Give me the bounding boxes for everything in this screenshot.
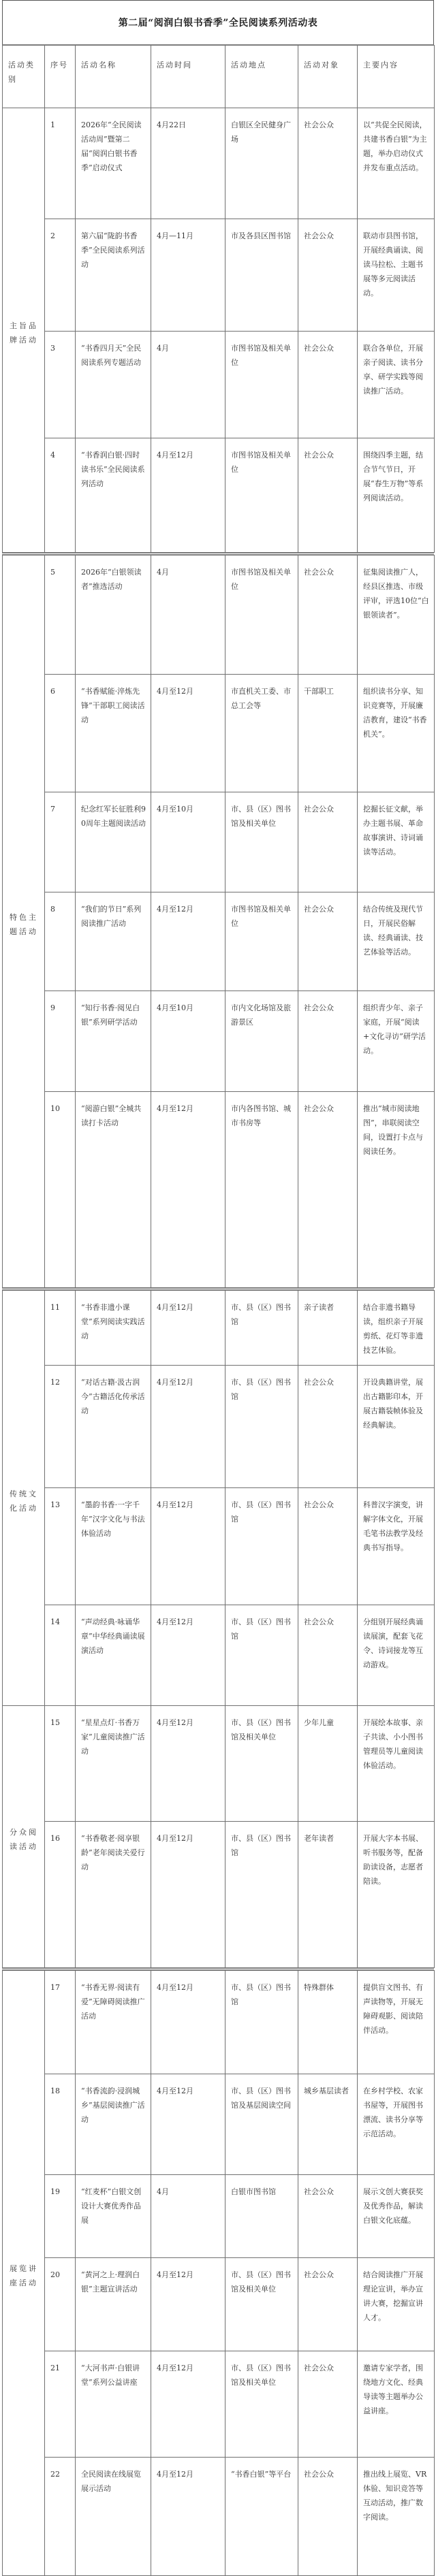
row-audience: 社会公众 — [298, 892, 358, 991]
row-name: “黄河之上·理润白银”主题宣讲活动 — [76, 2258, 151, 2351]
row-time: 4月至12月 — [151, 2351, 225, 2458]
table-row: 3 “书香四月天”全民阅读系列专题活动 4月 市图书馆及相关单位 社会公众 联合… — [3, 332, 435, 438]
row-time: 4月至12月 — [151, 1092, 225, 1288]
row-time: 4月—11月 — [151, 219, 225, 332]
table-row: 6 “书香赋能·淬炼先锋”干部职工阅读活动 4月至12月 市直机关工委、市总工会… — [3, 675, 435, 792]
row-content: 组织读书分享、知识竞赛等，开展廉洁教育，建设“书香机关”。 — [358, 675, 435, 792]
table-row: 12 “对话古籍·汲古润今”古籍活化传承活动 4月至12月 市、县（区）图书馆 … — [3, 1366, 435, 1488]
row-audience: 特殊群体 — [298, 1971, 358, 2074]
row-time: 4月至12月 — [151, 1706, 225, 1822]
row-name: 2026年“全民阅读活动周”暨第二届“阅润白银书香季”启动仪式 — [76, 108, 151, 219]
row-time: 4月至12月 — [151, 892, 225, 991]
row-time: 4月至12月 — [151, 1605, 225, 1706]
table-row: 20 “黄河之上·理润白银”主题宣讲活动 4月至12月 市、县（区）图书馆及相关… — [3, 2258, 435, 2351]
row-audience: 社会公众 — [298, 792, 358, 892]
category-cell: 特色主题活动 — [3, 556, 45, 1288]
table-row: 分众阅读活动 15 “星星点灯·书香万家”儿童阅读推广活动 4月至12月 市、县… — [3, 1706, 435, 1822]
row-index: 12 — [45, 1366, 76, 1488]
row-content: 展示文创大赛获奖及优秀作品，解读白银文化底蕴。 — [358, 2175, 435, 2258]
row-time: 4月 — [151, 2175, 225, 2258]
row-audience: 社会公众 — [298, 1605, 358, 1706]
row-name: “我们的节日”系列阅读推广活动 — [76, 892, 151, 991]
row-content: 联动市县图书馆，开展经典诵读、阅读马拉松、主题书展等多元阅读活动。 — [358, 219, 435, 332]
row-audience: 城乡基层读者 — [298, 2074, 358, 2175]
row-index: 7 — [45, 792, 76, 892]
category-cell: 展览讲座活动 — [3, 1971, 45, 2576]
table-row: 18 “书香流韵·浸润城乡”基层阅读推广活动 4月至12月 市、县（区）图书馆及… — [3, 2074, 435, 2175]
table-row: 4 “书香润白银·四时读书乐”全民阅读系列活动 4月至12月 市图书馆及相关单位… — [3, 438, 435, 553]
row-index: 9 — [45, 991, 76, 1092]
row-name: “对话古籍·汲古润今”古籍活化传承活动 — [76, 1366, 151, 1488]
row-name: “星星点灯·书香万家”儿童阅读推广活动 — [76, 1706, 151, 1822]
row-location: 市内各图书馆、城市书房等 — [225, 1092, 298, 1288]
row-audience: 亲子读者 — [298, 1291, 358, 1366]
table-row: 14 “声动经典·咏诵华章”中华经典诵读展演活动 4月至12月 市、县（区）图书… — [3, 1605, 435, 1706]
row-audience: 社会公众 — [298, 991, 358, 1092]
row-location: 市、县（区）图书馆及相关单位 — [225, 792, 298, 892]
row-location: 市、县（区）图书馆 — [225, 1971, 298, 2074]
row-audience: 社会公众 — [298, 2258, 358, 2351]
table-row: 19 “红麦杯”白银文创设计大赛优秀作品展 4月 白银市图书馆 社会公众 展示文… — [3, 2175, 435, 2258]
table-segment-3: 传统文化活动 11 “书香非遗小课堂”系列阅读实践活动 4月至12月 市、县（区… — [2, 1290, 435, 1968]
table-row: 主旨品牌活动 1 2026年“全民阅读活动周”暨第二届“阅润白银书香季”启动仪式… — [3, 108, 435, 219]
header-index: 序号 — [45, 46, 76, 108]
row-content: 以“共促全民阅读，共建书香白银”为主题，举办启动仪式并发布重点活动。 — [358, 108, 435, 219]
table-row: 7 纪念红军长征胜利90周年主题阅读活动 4月至10月 市、县（区）图书馆及相关… — [3, 792, 435, 892]
row-audience: 社会公众 — [298, 219, 358, 332]
row-location: 市图书馆及相关单位 — [225, 332, 298, 438]
row-location: 市、县（区）图书馆及相关单位 — [225, 1706, 298, 1822]
table-row: 传统文化活动 11 “书香非遗小课堂”系列阅读实践活动 4月至12月 市、县（区… — [3, 1291, 435, 1366]
row-audience: 社会公众 — [298, 438, 358, 553]
row-index: 1 — [45, 108, 76, 219]
header-category: 活动类别 — [3, 46, 45, 108]
row-name: 2026年“白银领读者”推选活动 — [76, 556, 151, 675]
row-index: 10 — [45, 1092, 76, 1288]
table-title-box: 第二届“阅润白银书香季”全民阅读系列活动表 — [2, 0, 434, 45]
header-audience: 活动对象 — [298, 46, 358, 108]
table-row: 10 “阅游白银”全城共读打卡活动 4月至12月 市内各图书馆、城市书房等 社会… — [3, 1092, 435, 1288]
row-index: 22 — [45, 2458, 76, 2576]
row-time: 4月至12月 — [151, 1822, 225, 1968]
row-audience: 社会公众 — [298, 1488, 358, 1605]
row-name: 全民阅读在线展览展示活动 — [76, 2458, 151, 2576]
row-name: “书香敬老·阅享银龄”老年阅读关爱行动 — [76, 1822, 151, 1968]
row-index: 14 — [45, 1605, 76, 1706]
table-row: 2 第六届“陇韵书香季”全民阅读系列活动 4月—11月 市及各县区图书馆 社会公… — [3, 219, 435, 332]
row-time: 4月至12月 — [151, 438, 225, 553]
row-location: 市图书馆及相关单位 — [225, 556, 298, 675]
row-content: 挖掘长征文献，举办主题书展、革命故事演讲、诗词诵读等活动。 — [358, 792, 435, 892]
row-time: 4月至12月 — [151, 1488, 225, 1605]
table-header-row: 活动类别 序号 活动名称 活动时间 活动地点 活动对象 主要内容 — [3, 46, 435, 108]
row-name: “书香无界·阅读有爱”无障碍阅读推广活动 — [76, 1971, 151, 2074]
row-audience: 社会公众 — [298, 1366, 358, 1488]
header-content: 主要内容 — [358, 46, 435, 108]
row-index: 13 — [45, 1488, 76, 1605]
row-content: 推出“城市阅读地图”，串联阅读空间，设置打卡点与阅读任务。 — [358, 1092, 435, 1288]
row-location: 市及各县区图书馆 — [225, 219, 298, 332]
row-name: 纪念红军长征胜利90周年主题阅读活动 — [76, 792, 151, 892]
row-name: “知行书香·阅见白银”系列研学活动 — [76, 991, 151, 1092]
table-title: 第二届“阅润白银书香季”全民阅读系列活动表 — [119, 16, 318, 29]
row-audience: 社会公众 — [298, 2458, 358, 2576]
row-name: “大河书声·白银讲堂”系列公益讲座 — [76, 2351, 151, 2458]
row-index: 3 — [45, 332, 76, 438]
row-index: 19 — [45, 2175, 76, 2258]
header-name: 活动名称 — [76, 46, 151, 108]
row-content: 在乡村学校、农家书屋等，开展图书漂流、读书分享等示范活动。 — [358, 2074, 435, 2175]
row-time: 4月至12月 — [151, 1971, 225, 2074]
row-audience: 社会公众 — [298, 1092, 358, 1288]
row-name: “红麦杯”白银文创设计大赛优秀作品展 — [76, 2175, 151, 2258]
table-segment-4: 展览讲座活动 17 “书香无界·阅读有爱”无障碍阅读推广活动 4月至12月 市、… — [2, 1970, 435, 2576]
row-content: 结合传统及现代节日，开展民俗解读、经典诵读、技艺体验等活动。 — [358, 892, 435, 991]
row-name: “墨韵书香·一字千年”汉字文化与书法体验活动 — [76, 1488, 151, 1605]
row-time: 4月 — [151, 332, 225, 438]
activity-table-document: 第二届“阅润白银书香季”全民阅读系列活动表 活动类别 序号 活动名称 活动时间 … — [0, 0, 436, 2576]
row-location: 市直机关工委、市总工会等 — [225, 675, 298, 792]
row-name: “书香非遗小课堂”系列阅读实践活动 — [76, 1291, 151, 1366]
row-location: 市内文化场馆及旅游景区 — [225, 991, 298, 1092]
row-content: 结合非遗书籍导读，组织亲子开展剪纸、花灯等非遗技艺体验。 — [358, 1291, 435, 1366]
header-time: 活动时间 — [151, 46, 225, 108]
table-segment-1: 活动类别 序号 活动名称 活动时间 活动地点 活动对象 主要内容 主旨品牌活动 … — [2, 45, 435, 553]
row-content: 分组别开展经典诵读展演，配套飞花令、诗词接龙等互动游戏。 — [358, 1605, 435, 1706]
row-location: 白银市图书馆 — [225, 2175, 298, 2258]
row-audience: 社会公众 — [298, 332, 358, 438]
row-time: 4月至12月 — [151, 1291, 225, 1366]
row-time: 4月至12月 — [151, 2258, 225, 2351]
row-audience: 社会公众 — [298, 108, 358, 219]
table-segment-2: 特色主题活动 5 2026年“白银领读者”推选活动 4月 市图书馆及相关单位 社… — [2, 555, 435, 1288]
row-time: 4月至10月 — [151, 991, 225, 1092]
row-audience: 少年儿童 — [298, 1706, 358, 1822]
row-index: 20 — [45, 2258, 76, 2351]
row-content: 结合阅读推广开展理论宣讲，举办宣讲大赛，挖掘宣讲人才。 — [358, 2258, 435, 2351]
row-time: 4月至12月 — [151, 2458, 225, 2576]
row-content: 邀请专家学者，围绕地方文化、经典导读等主题举办公益讲座。 — [358, 2351, 435, 2458]
row-index: 16 — [45, 1822, 76, 1968]
row-audience: 干部职工 — [298, 675, 358, 792]
row-location: 市图书馆及相关单位 — [225, 438, 298, 553]
category-cell: 分众阅读活动 — [3, 1706, 45, 1968]
row-content: 科普汉字演变，讲解字体文化，开展毛笔书法教学及经典书写指导。 — [358, 1488, 435, 1605]
table-row: 8 “我们的节日”系列阅读推广活动 4月至12月 市图书馆及相关单位 社会公众 … — [3, 892, 435, 991]
row-location: 市、县（区）图书馆及基层阅读空间 — [225, 2074, 298, 2175]
row-index: 15 — [45, 1706, 76, 1822]
row-name: “声动经典·咏诵华章”中华经典诵读展演活动 — [76, 1605, 151, 1706]
table-row: 9 “知行书香·阅见白银”系列研学活动 4月至10月 市内文化场馆及旅游景区 社… — [3, 991, 435, 1092]
row-index: 6 — [45, 675, 76, 792]
row-index: 5 — [45, 556, 76, 675]
header-location: 活动地点 — [225, 46, 298, 108]
row-content: 围绕四季主题，结合节气节日，开展“春生万物”等系列阅读活动。 — [358, 438, 435, 553]
table-row: 特色主题活动 5 2026年“白银领读者”推选活动 4月 市图书馆及相关单位 社… — [3, 556, 435, 675]
row-location: 市、县（区）图书馆 — [225, 1291, 298, 1366]
row-location: 市、县（区）图书馆 — [225, 1366, 298, 1488]
row-location: “书香白银”等平台 — [225, 2458, 298, 2576]
row-location: 市、县（区）图书馆 — [225, 1822, 298, 1968]
row-time: 4月22日 — [151, 108, 225, 219]
row-index: 8 — [45, 892, 76, 991]
row-content: 组织青少年、亲子家庭，开展“阅读+文化寻访”研学活动。 — [358, 991, 435, 1092]
table-row: 22 全民阅读在线展览展示活动 4月至12月 “书香白银”等平台 社会公众 推出… — [3, 2458, 435, 2576]
row-index: 17 — [45, 1971, 76, 2074]
row-content: 开展绘本故事、亲子共读、小小图书管理员等儿童阅读体验活动。 — [358, 1706, 435, 1822]
row-audience: 社会公众 — [298, 2351, 358, 2458]
row-location: 市、县（区）图书馆 — [225, 1488, 298, 1605]
row-name: 第六届“陇韵书香季”全民阅读系列活动 — [76, 219, 151, 332]
row-index: 2 — [45, 219, 76, 332]
row-index: 21 — [45, 2351, 76, 2458]
row-time: 4月至12月 — [151, 2074, 225, 2175]
row-location: 市图书馆及相关单位 — [225, 892, 298, 991]
row-content: 提供盲文图书、有声读物等，开展无障碍观影、阅读陪伴活动。 — [358, 1971, 435, 2074]
row-name: “书香润白银·四时读书乐”全民阅读系列活动 — [76, 438, 151, 553]
row-name: “书香四月天”全民阅读系列专题活动 — [76, 332, 151, 438]
category-cell: 传统文化活动 — [3, 1291, 45, 1706]
row-index: 4 — [45, 438, 76, 553]
row-index: 11 — [45, 1291, 76, 1366]
row-content: 推出线上展览、VR体验、知识竞答等互动活动，推广数字阅读。 — [358, 2458, 435, 2576]
row-location: 白银区全民健身广场 — [225, 108, 298, 219]
row-name: “阅游白银”全城共读打卡活动 — [76, 1092, 151, 1288]
row-location: 市、县（区）图书馆及相关单位 — [225, 2258, 298, 2351]
row-audience: 社会公众 — [298, 556, 358, 675]
category-cell: 主旨品牌活动 — [3, 108, 45, 553]
row-content: 联合各单位，开展亲子阅读、读书分享、研学实践等阅读推广活动。 — [358, 332, 435, 438]
row-index: 18 — [45, 2074, 76, 2175]
row-content: 开展大字本书展、听书服务等，配备助读设备，志愿者陪读。 — [358, 1822, 435, 1968]
row-name: “书香赋能·淬炼先锋”干部职工阅读活动 — [76, 675, 151, 792]
row-time: 4月 — [151, 556, 225, 675]
table-row: 展览讲座活动 17 “书香无界·阅读有爱”无障碍阅读推广活动 4月至12月 市、… — [3, 1971, 435, 2074]
row-audience: 老年读者 — [298, 1822, 358, 1968]
table-row: 16 “书香敬老·阅享银龄”老年阅读关爱行动 4月至12月 市、县（区）图书馆 … — [3, 1822, 435, 1968]
row-name: “书香流韵·浸润城乡”基层阅读推广活动 — [76, 2074, 151, 2175]
row-content: 征集阅读推广人，经县区推选、市级评审，评选10位“白银领读者”。 — [358, 556, 435, 675]
row-audience: 社会公众 — [298, 2175, 358, 2258]
row-location: 市、县（区）图书馆 — [225, 1605, 298, 1706]
table-row: 13 “墨韵书香·一字千年”汉字文化与书法体验活动 4月至12月 市、县（区）图… — [3, 1488, 435, 1605]
table-row: 21 “大河书声·白银讲堂”系列公益讲座 4月至12月 市、县（区）图书馆及相关… — [3, 2351, 435, 2458]
row-location: 市、县（区）图书馆及相关单位 — [225, 2351, 298, 2458]
row-time: 4月至10月 — [151, 792, 225, 892]
row-time: 4月至12月 — [151, 675, 225, 792]
row-time: 4月至12月 — [151, 1366, 225, 1488]
row-content: 开设典籍讲堂，展出古籍影印本，开展古籍装帧体验及经典解读。 — [358, 1366, 435, 1488]
